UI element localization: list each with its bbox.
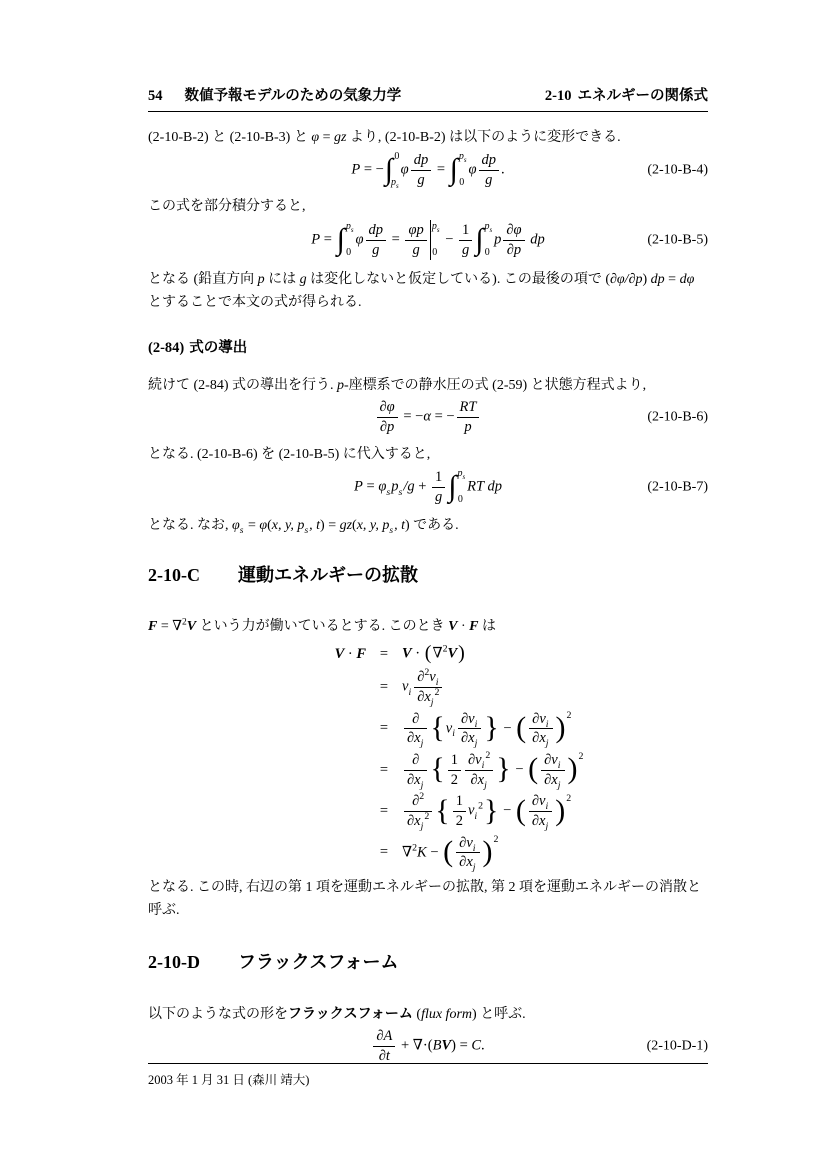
paragraph-diffusion-dissipation: となる. この時, 右辺の第 1 項を運動エネルギーの拡散, 第 2 項を運動エ… (148, 876, 708, 922)
equation-2-10-D-1: ∂A∂t + ∇·(BV) = C. (2-10-D-1) (148, 1028, 708, 1064)
section-number: 2-10-D (148, 952, 200, 973)
section-title: フラックスフォーム (238, 948, 399, 974)
derivation-line: =∂∂xj{vi∂vi∂xj} − (∂vi∂xj)2 (148, 711, 708, 747)
paragraph-phi-s-note: となる. なお, φs = φ(x, y, ps, t) = gz(x, y, … (148, 514, 708, 537)
header-section-title: エネルギーの関係式 (578, 84, 709, 105)
derivation-line: =∂2∂xj2{12vi2} − (∂vi∂xj)2 (148, 793, 708, 829)
page-content: 54 数値予報モデルのための気象力学 2-10 エネルギーの関係式 (2-10-… (148, 0, 708, 1064)
derivation-line: =∇2K − (∂vi∂xj)2 (148, 835, 708, 871)
equation-math: ∂A∂t + ∇·(BV) = C. (371, 1028, 484, 1064)
paragraph-flux-form: 以下のような式の形をフラックスフォーム (flux form) と呼ぶ. (148, 1002, 708, 1026)
paragraph-assumption: となる (鉛直方向 p には g は変化しないと仮定している). この最後の項で… (148, 268, 708, 314)
equation-label: (2-10-D-1) (647, 1037, 708, 1055)
equation-label: (2-10-B-6) (647, 408, 708, 426)
section-heading-2-10-C: 2-10-C 運動エネルギーの拡散 (148, 561, 708, 587)
section-heading-2-10-D: 2-10-D フラックスフォーム (148, 948, 708, 974)
page-number: 54 (148, 88, 163, 105)
equation-2-10-B-7: P = φsps/g + 1g∫ps0RT dp (2-10-B-7) (148, 468, 708, 506)
page-header: 54 数値予報モデルのための気象力学 2-10 エネルギーの関係式 (148, 84, 708, 112)
equation-2-10-B-6: ∂φ∂p = −α = −RTp (2-10-B-6) (148, 399, 708, 435)
subsection-number: (2-84) (148, 340, 184, 356)
equation-math: P = −∫0psφdpg = ∫ps0φdpg. (351, 151, 504, 189)
header-left: 54 数値予報モデルのための気象力学 (148, 84, 401, 105)
equation-math: P = φsps/g + 1g∫ps0RT dp (354, 468, 502, 506)
equation-label: (2-10-B-5) (647, 231, 708, 249)
derivation-line: V · F=V · (∇2V) (148, 644, 708, 664)
equation-2-10-B-5: P = ∫ps0φdpg = φpgps0 − 1g∫ps0p∂φ∂p dp (… (148, 220, 708, 260)
section-title: 運動エネルギーの拡散 (238, 561, 418, 587)
equation-2-10-B-4: P = −∫0psφdpg = ∫ps0φdpg. (2-10-B-4) (148, 151, 708, 189)
equation-math: ∂φ∂p = −α = −RTp (375, 399, 482, 435)
paragraph-substitute: となる. (2-10-B-6) を (2-10-B-5) に代入すると, (148, 443, 708, 466)
subsection-title: 式の導出 (189, 340, 247, 356)
header-book-title: 数値予報モデルのための気象力学 (185, 84, 402, 105)
document-page: 54 数値予報モデルのための気象力学 2-10 エネルギーの関係式 (2-10-… (0, 0, 826, 1169)
equation-label: (2-10-B-4) (647, 161, 708, 179)
equation-math: P = ∫ps0φdpg = φpgps0 − 1g∫ps0p∂φ∂p dp (311, 220, 544, 260)
section-number: 2-10-C (148, 565, 200, 586)
header-section-number: 2-10 (545, 88, 572, 105)
derivation-line: =vi∂2vi∂xj2 (148, 669, 708, 705)
equation-label: (2-10-B-7) (647, 479, 708, 497)
paragraph-force-intro: F = ∇2V という力が働いているとする. このとき V · F は (148, 615, 708, 638)
paragraph-derivation-284: 続けて (2-84) 式の導出を行う. p-座標系での静水圧の式 (2-59) … (148, 374, 708, 397)
derivation-block: V · F=V · (∇2V)=vi∂2vi∂xj2=∂∂xj{vi∂vi∂xj… (148, 644, 708, 871)
footer-text: 2003 年 1 月 31 日 (森川 靖大) (148, 1073, 309, 1087)
paragraph-intro: (2-10-B-2) と (2-10-B-3) と φ = gz より, (2-… (148, 126, 708, 149)
paragraph-integration-by-parts: この式を部分積分すると, (148, 195, 708, 218)
page-footer: 2003 年 1 月 31 日 (森川 靖大) (148, 1063, 708, 1088)
subsection-heading-2-84: (2-84)式の導出 (148, 338, 708, 358)
derivation-line: =∂∂xj{12∂vi2∂xj} − (∂vi∂xj)2 (148, 752, 708, 788)
header-right: 2-10 エネルギーの関係式 (545, 84, 708, 105)
